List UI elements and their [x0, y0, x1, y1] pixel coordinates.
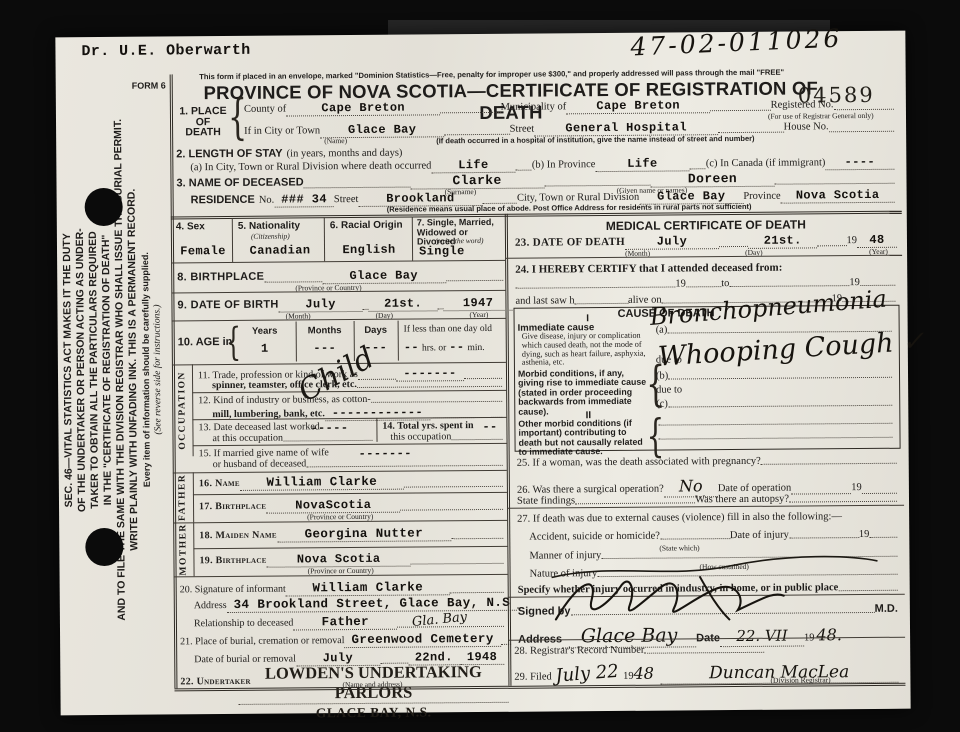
total-years-label2: this occupation — [390, 431, 451, 442]
marital-value: Single — [415, 244, 507, 259]
name-of-deceased-label: 3. NAME OF DECEASED — [176, 176, 303, 189]
form-number: FORM 6 — [132, 80, 166, 90]
other-morbid-label: Other morbid conditions (if important) c… — [518, 419, 650, 458]
informant-address-label: Address — [194, 600, 227, 611]
burial-place-label: 21. Place of burial, cremation or remova… — [180, 635, 344, 647]
registrar-record-label: 28. Registrar's Record Number — [514, 645, 644, 657]
stay-a-label: (a) In City, Town or Rural Division wher… — [190, 160, 431, 173]
municipality-label: Municipality of — [501, 101, 567, 113]
registered-no-label: Registered No. — [771, 99, 834, 110]
cause-c-label: (c) — [656, 399, 668, 410]
death-year-value: 48 — [857, 233, 897, 248]
surname-value: Clarke — [410, 173, 544, 190]
county-label: County of — [244, 104, 286, 115]
filed-date-handwritten: July 22 — [555, 661, 620, 687]
mother-maiden-name-value: Georgina Nutter — [277, 526, 451, 542]
operation-date-label: Date of operation — [718, 483, 792, 495]
md-label: M.D. — [875, 603, 898, 615]
relationship-value: Father — [293, 615, 397, 631]
county-value: Cape Breton — [286, 100, 440, 116]
birth-month-value: July — [279, 297, 363, 313]
birth-year-value: 1947 — [444, 296, 513, 312]
findings-label: State findings — [517, 495, 575, 506]
age-hrs-value: -- — [404, 341, 419, 355]
residence-no-label: No. — [259, 195, 275, 206]
mother-maiden-name-label: 18. Maiden Name — [199, 530, 277, 542]
total-years-label: 14. Total yrs. spent in — [382, 420, 473, 432]
death-year-pre: 19 — [846, 235, 857, 246]
racial-origin-label: 6. Racial Origin — [330, 220, 403, 232]
certify-to: to — [721, 278, 729, 289]
birthplace-value: Glace Bay — [322, 268, 446, 284]
date-value-handwritten: 22. VII — [736, 627, 787, 645]
residence-province-value: Nova Scotia — [781, 188, 895, 204]
stay-c-label: (c) In Canada (if immigrant) — [706, 157, 826, 169]
last-worked-label2: at this occupation — [212, 433, 283, 445]
punch-hole — [85, 528, 123, 566]
immediate-cause-note: Give disease, injury or complication whi… — [522, 332, 650, 368]
father-birthplace-label: 17. Birthplace — [199, 501, 266, 513]
residence-street-label: Street — [334, 194, 359, 205]
age-label: 10. AGE in — [178, 336, 233, 348]
residence-no-value: ### 34 — [274, 192, 334, 207]
spouse-label2: or husband of deceased — [213, 458, 307, 470]
sidebar-instructions: SEC. 46—VITAL STATISTICS ACT MAKES IT TH… — [60, 91, 164, 650]
undertaker-stamp: LOWDEN'S UNDERTAKING PARLORS GLACE BAY, … — [238, 662, 508, 722]
residence-province-label: Province — [743, 191, 780, 202]
division-registrar-note: (Division Registrar) — [770, 675, 830, 684]
filed-label: 29. Filed — [514, 671, 551, 682]
medical-certificate-title: MEDICAL CERTIFICATE OF DEATH — [511, 217, 901, 234]
sex-value: Female — [175, 244, 231, 258]
injury-19: 19 — [859, 529, 870, 540]
occupation-industry-label: 12. Kind of industry or business, as cot… — [198, 394, 371, 406]
age-less-label: If less than one day old — [404, 324, 492, 335]
nationality-label: 5. Nationality — [238, 220, 300, 231]
scanned-death-certificate: Dr. U.E. Oberwarth 47-02-011026 SEC. 46—… — [0, 0, 960, 732]
sex-label: 4. Sex — [176, 221, 205, 232]
operation-19: 19 — [851, 482, 862, 493]
pregnancy-label: 25. If a woman, was the death associated… — [517, 456, 761, 469]
injury-date-label: Date of injury — [730, 530, 789, 541]
age-years-label: Years — [236, 325, 294, 336]
undertaker-stamp-line2: GLACE BAY, N.S. — [239, 704, 509, 722]
stay-a-value: Life — [431, 158, 515, 174]
stay-b-label: (b) In Province — [532, 159, 596, 170]
age-months-label: Months — [298, 325, 352, 336]
certificate-paper: Dr. U.E. Oberwarth 47-02-011026 SEC. 46—… — [55, 31, 910, 716]
house-no-label: House No. — [784, 121, 829, 132]
age-min-value: -- — [449, 340, 464, 354]
place-of-death-label: 1. PLACE OF DEATH — [176, 106, 230, 138]
physician-signature-scrawl — [550, 568, 790, 626]
certify-19a: 19 — [675, 278, 686, 289]
external-causes-label: 27. If death was due to external causes … — [517, 511, 842, 525]
column-divider — [505, 214, 512, 686]
municipality-value: Cape Breton — [566, 98, 710, 114]
nationality-note: (Citizenship) — [251, 232, 290, 241]
relationship-label: Relationship to deceased — [194, 617, 294, 629]
informant-value: William Clarke — [286, 580, 450, 596]
death-day-value: 21st. — [748, 233, 817, 249]
date-of-birth-label: 9. DATE OF BIRTH — [177, 299, 278, 312]
informant-address-value: 34 Brookland Street, Glace Bay, N.S — [227, 596, 518, 613]
doctor-name-typed: Dr. U.E. Oberwarth — [81, 42, 250, 60]
length-of-stay-label: 2. LENGTH OF STAY — [176, 148, 282, 161]
city-town-label: If in City or Town — [244, 125, 320, 137]
birth-day-value: 21st. — [369, 296, 438, 312]
mother-birthplace-label: 19. Birthplace — [199, 555, 266, 567]
age-days-label: Days — [356, 325, 396, 336]
filed-19: 19 — [623, 671, 634, 682]
racial-origin-value: English — [327, 243, 411, 258]
death-month-value: July — [625, 234, 719, 250]
informant-label: 20. Signature of informant — [180, 584, 286, 596]
birthplace-label: 8. BIRTHPLACE — [177, 271, 264, 284]
date-year-handwritten: 48. — [816, 625, 842, 644]
father-name-label: 16. Name — [199, 478, 240, 489]
certify-label: 24. I HEREBY CERTIFY that I attended dec… — [515, 262, 782, 276]
length-of-stay-note: (in years, months and days) — [287, 148, 403, 160]
date-of-death-label: 23. DATE OF DEATH — [515, 236, 625, 249]
filed-year-handwritten: 48 — [634, 664, 655, 683]
age-min-label: min. — [467, 343, 484, 353]
age-years-value: 1 — [236, 341, 294, 355]
hospital-note: (If death occurred in a hospital of inst… — [436, 134, 754, 146]
stay-c-value: ---- — [825, 155, 894, 171]
mother-group-label: MOTHER — [173, 522, 193, 576]
father-group-label: FATHER — [173, 472, 193, 522]
stay-b-value: Life — [595, 156, 689, 172]
autopsy-label: Was there an autopsy? — [695, 494, 789, 506]
occupation-group-label: OCCUPATION — [172, 364, 193, 456]
residence-label: RESIDENCE — [191, 194, 255, 207]
street-label: Street — [510, 124, 535, 135]
father-name-value: William Clarke — [240, 475, 404, 491]
nationality-value: Canadian — [237, 243, 323, 258]
accident-label: Accident, suicide or homicide? — [529, 531, 660, 543]
operation-value-handwritten: No — [679, 476, 703, 495]
last-saw-label: and last saw h — [515, 295, 574, 306]
city-name-note: (Name) — [324, 136, 347, 145]
burial-place-value: Greenwood Cemetery — [344, 632, 500, 648]
age-hrs-label: hrs. or — [422, 343, 446, 353]
cause-due-to-2: due to — [656, 384, 682, 395]
punch-hole — [85, 188, 123, 226]
